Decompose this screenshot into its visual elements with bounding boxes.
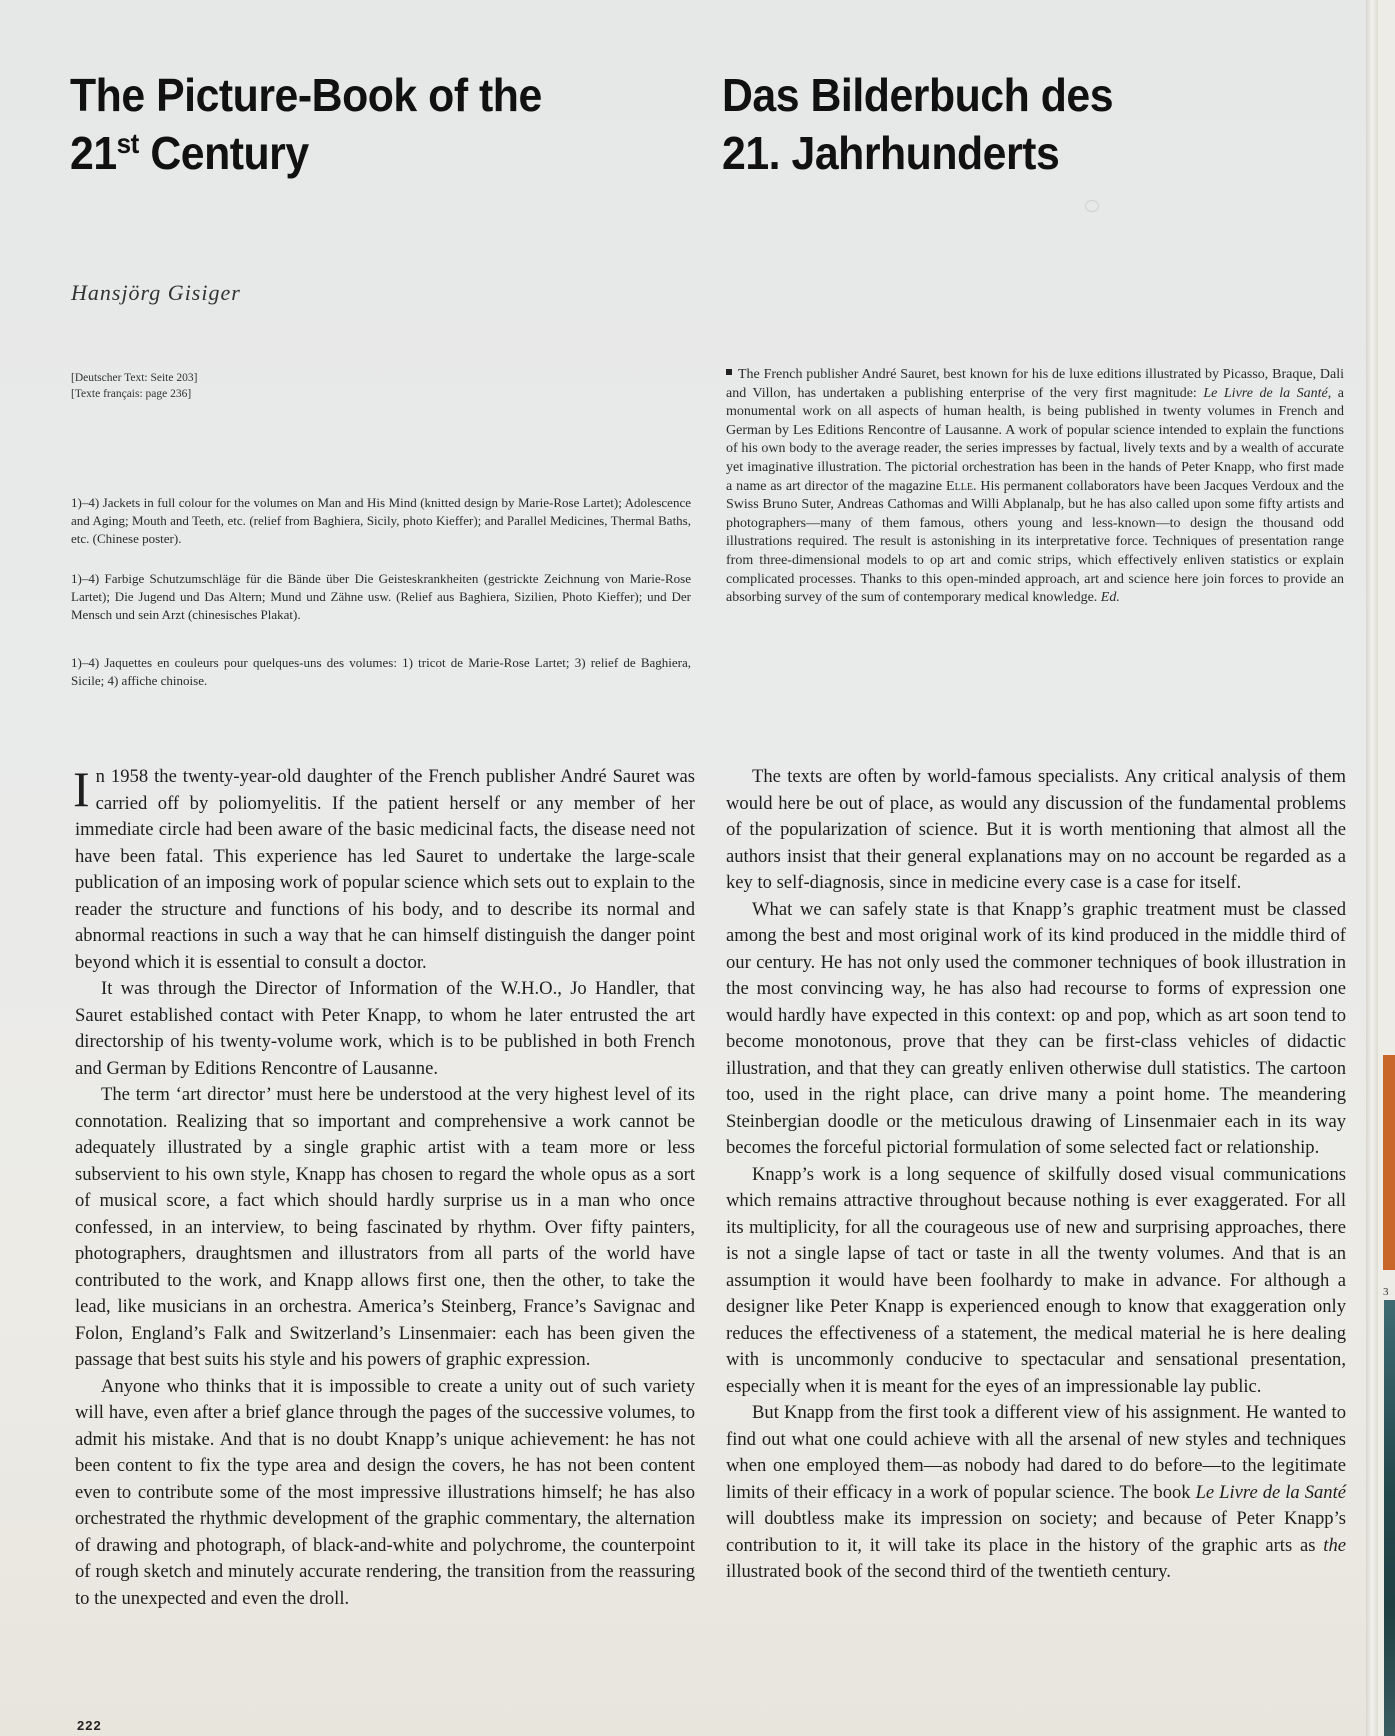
title-german-line2: 21. Jahrhunderts — [722, 127, 1059, 179]
book-title: Le Livre de la Santé — [1196, 1482, 1346, 1503]
title-german-line1: Das Bilderbuch des — [722, 69, 1113, 121]
adjacent-figure-number: 3 — [1383, 1286, 1389, 1298]
square-bullet-icon — [726, 369, 732, 375]
intro-text-2: , a monumental work on all aspects of hu… — [726, 386, 1344, 494]
drop-cap: I — [73, 768, 90, 810]
body-paragraph: What we can safely state is that Knapp’s… — [726, 897, 1346, 1162]
paragraph-text: n 1958 the twenty-year-old daughter of t… — [75, 766, 695, 973]
title-english-number: 21 — [70, 127, 117, 179]
editor-introduction: The French publisher André Sauret, best … — [726, 366, 1344, 608]
intro-signature: Ed. — [1101, 590, 1120, 605]
body-paragraph: It was through the Director of Informati… — [75, 976, 695, 1082]
paragraph-text: illustrated book of the second third of … — [726, 1561, 1171, 1582]
body-paragraph: The term ‘art director’ must here be und… — [75, 1082, 695, 1374]
cross-references: [Deutscher Text: Seite 203] [Texte franç… — [71, 370, 197, 402]
xref-german: [Deutscher Text: Seite 203] — [71, 370, 197, 386]
title-english-line1: The Picture-Book of the — [70, 69, 542, 121]
title-german: Das Bilderbuch des 21. Jahrhunderts — [722, 66, 1113, 182]
author-byline: Hansjörg Gisiger — [71, 280, 241, 306]
paper-smudge — [1085, 200, 1099, 212]
intro-text-3: . His permanent collaborators have been … — [726, 479, 1344, 606]
emphasis: the — [1323, 1535, 1346, 1556]
adjacent-page-orange-strip — [1383, 1055, 1395, 1270]
paragraph-text: will doubtless make its impression on so… — [726, 1508, 1346, 1556]
title-english-ordinal: st — [117, 128, 139, 159]
body-paragraph: Knapp’s work is a long sequence of skilf… — [726, 1162, 1346, 1401]
intro-book-title: Le Livre de la Santé — [1203, 386, 1327, 401]
title-english-line2: Century — [139, 127, 309, 179]
caption-german: 1)–4) Farbige Schutzumschläge für die Bä… — [71, 570, 691, 624]
page-gutter — [1366, 0, 1378, 1736]
page-number: 222 — [77, 1718, 102, 1733]
body-paragraph: But Knapp from the first took a differen… — [726, 1400, 1346, 1586]
body-paragraph: The texts are often by world-famous spec… — [726, 764, 1346, 897]
intro-magazine-name: Elle — [946, 479, 973, 494]
body-paragraph: Anyone who thinks that it is impossible … — [75, 1374, 695, 1613]
title-english: The Picture-Book of the 21st Century — [70, 66, 542, 182]
body-column-right: The texts are often by world-famous spec… — [726, 764, 1346, 1586]
body-paragraph: In 1958 the twenty-year-old daughter of … — [75, 764, 695, 976]
xref-french: [Texte français: page 236] — [71, 386, 197, 402]
adjacent-page-photo — [1384, 1300, 1395, 1736]
caption-english: 1)–4) Jackets in full colour for the vol… — [71, 494, 691, 548]
caption-french: 1)–4) Jaquettes en couleurs pour quelque… — [71, 654, 691, 690]
body-column-left: In 1958 the twenty-year-old daughter of … — [75, 764, 695, 1612]
